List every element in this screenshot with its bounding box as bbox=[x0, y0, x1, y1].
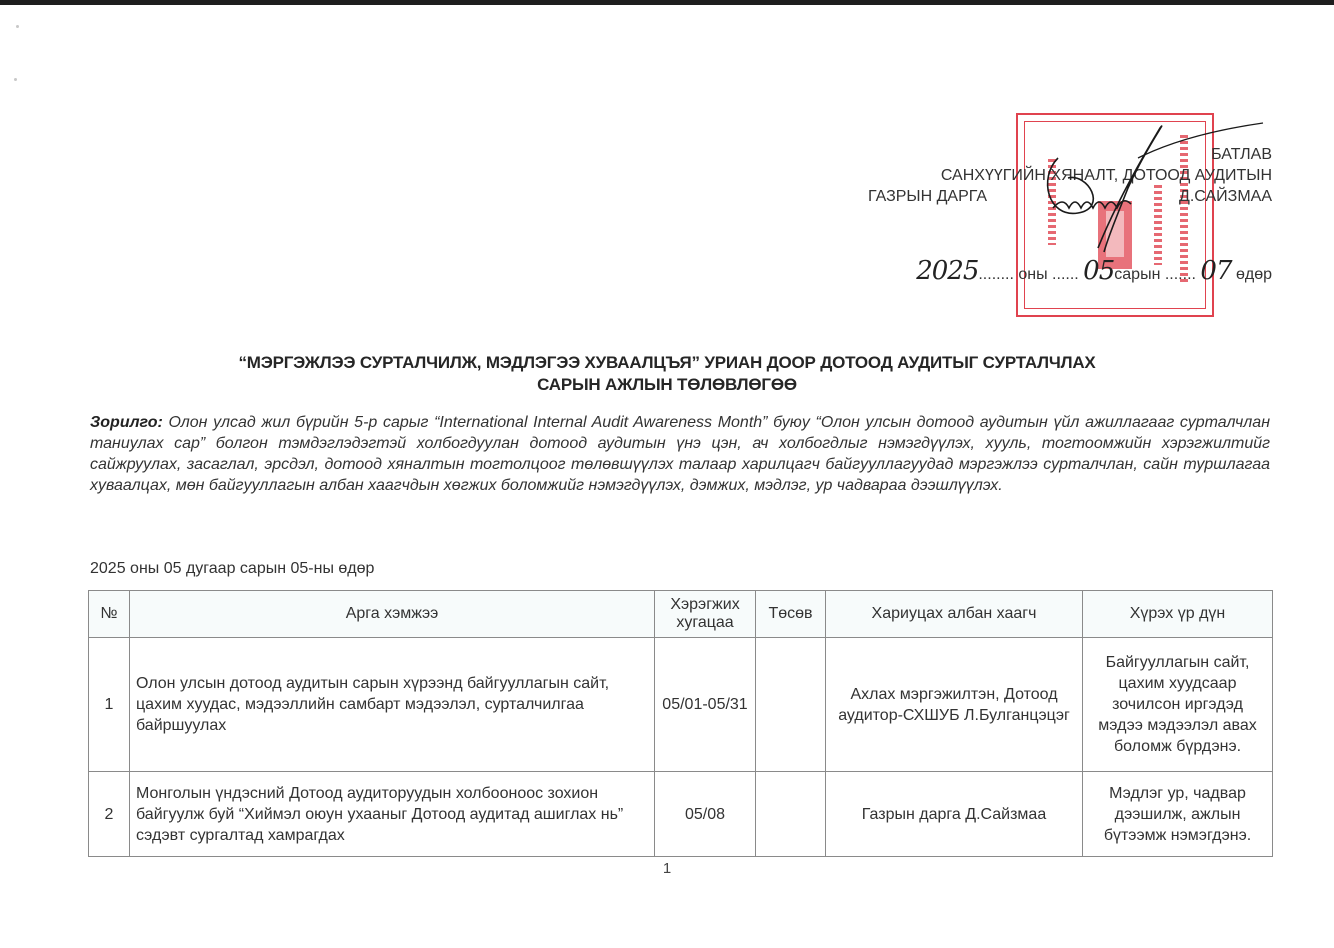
approval-day-suffix: өдөр bbox=[1232, 266, 1272, 283]
header-result: Хүрэх үр дүн bbox=[1083, 591, 1273, 638]
document-date: 2025 оны 05 дугаар сарын 05-ны өдөр bbox=[90, 560, 374, 578]
document-title: “МЭРГЭЖЛЭЭ СУРТАЛЧИЛЖ, МЭДЛЭГЭЭ ХУВААЛЦЪ… bbox=[0, 352, 1334, 396]
title-line-2: САРЫН АЖЛЫН ТӨЛӨВЛӨГӨӨ bbox=[0, 374, 1334, 396]
row-responsible: Ахлах мэргэжилтэн, Дотоод аудитор-СХШУБ … bbox=[826, 638, 1083, 772]
approval-date: 2025........ оны ...... 05сарын ....... … bbox=[868, 261, 1272, 285]
approval-month: 05 bbox=[1083, 256, 1114, 286]
row-number: 1 bbox=[89, 638, 130, 772]
header-number: № bbox=[89, 591, 130, 638]
approval-position: ГАЗРЫН ДАРГА bbox=[868, 186, 987, 207]
work-plan-table: № Арга хэмжээ Хэрэгжих хугацаа Төсөв Хар… bbox=[88, 590, 1273, 857]
row-activity: Монголын үндэсний Дотоод аудиторуудын хо… bbox=[130, 772, 655, 857]
table-header-row: № Арга хэмжээ Хэрэгжих хугацаа Төсөв Хар… bbox=[89, 591, 1273, 638]
approval-day: 07 bbox=[1200, 256, 1231, 286]
row-activity: Олон улсын дотоод аудитын сарын хүрээнд … bbox=[130, 638, 655, 772]
approval-year: 2025 bbox=[916, 256, 978, 286]
row-result: Мэдлэг ур, чадвар дээшилж, ажлын бүтээмж… bbox=[1083, 772, 1273, 857]
title-line-1: “МЭРГЭЖЛЭЭ СУРТАЛЧИЛЖ, МЭДЛЭГЭЭ ХУВААЛЦЪ… bbox=[0, 352, 1334, 374]
scan-speck bbox=[16, 25, 19, 28]
header-period: Хэрэгжих хугацаа bbox=[655, 591, 756, 638]
row-period: 05/08 bbox=[655, 772, 756, 857]
header-budget: Төсөв bbox=[756, 591, 826, 638]
row-number: 2 bbox=[89, 772, 130, 857]
table-row: 1 Олон улсын дотоод аудитын сарын хүрээн… bbox=[89, 638, 1273, 772]
row-period: 05/01-05/31 bbox=[655, 638, 756, 772]
signature-icon bbox=[1028, 118, 1268, 258]
header-responsible: Хариуцах албан хаагч bbox=[826, 591, 1083, 638]
scan-speck bbox=[14, 78, 17, 81]
approval-month-suffix: сарын ....... bbox=[1114, 266, 1196, 283]
row-result: Байгууллагын сайт, цахим хуудсаар зочилс… bbox=[1083, 638, 1273, 772]
header-activity: Арга хэмжээ bbox=[130, 591, 655, 638]
goal-paragraph: Зорилго: Олон улсад жил бүрийн 5-р сарыг… bbox=[90, 412, 1270, 496]
goal-label: Зорилго: bbox=[90, 414, 163, 431]
approval-year-suffix: ........ оны ...... bbox=[978, 266, 1078, 283]
scan-top-border bbox=[0, 0, 1334, 5]
row-budget bbox=[756, 638, 826, 772]
page-number: 1 bbox=[0, 860, 1334, 877]
table-row: 2 Монголын үндэсний Дотоод аудиторуудын … bbox=[89, 772, 1273, 857]
goal-text: Олон улсад жил бүрийн 5-р сарыг “Interna… bbox=[90, 414, 1270, 494]
row-responsible: Газрын дарга Д.Сайзмаа bbox=[826, 772, 1083, 857]
row-budget bbox=[756, 772, 826, 857]
